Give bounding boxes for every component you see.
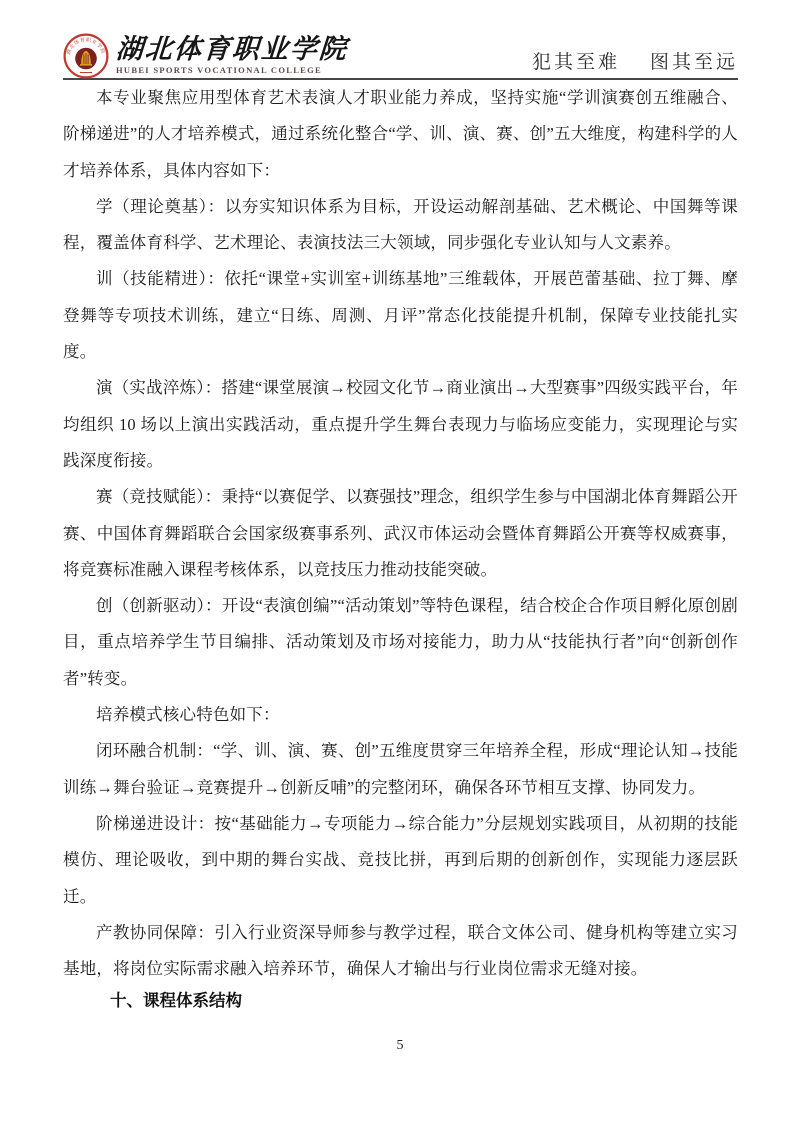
paragraph-xun: 训（技能精进）：依托“课堂+实训室+训练基地”三维载体，开展芭蕾基础、拉丁舞、摩… <box>63 261 738 370</box>
paragraph-yan: 演（实战淬炼）：搭建“课堂展演→校园文化节→商业演出→大型赛事”四级实践平台，年… <box>63 370 738 479</box>
paragraph-chuang: 创（创新驱动）：开设“表演创编”“活动策划”等特色课程，结合校企合作项目孵化原创… <box>63 588 738 697</box>
section-heading-curriculum: 十、课程体系结构 <box>63 987 738 1016</box>
document-body: 本专业聚焦应用型体育艺术表演人才职业能力养成，坚持实施“学训演赛创五维融合、阶梯… <box>63 80 738 1016</box>
paragraph-closed-loop: 闭环融合机制：“学、训、演、赛、创”五维度贯穿三年培养全程，形成“理论认知→技能… <box>63 733 738 806</box>
header-motto: 犯其至难 图其至远 <box>532 47 738 78</box>
college-brand: 湖北体育职业学院 湖北体育职业学院 HUBEI SPORTS VOCATIONA… <box>63 33 348 78</box>
page-header: 湖北体育职业学院 湖北体育职业学院 HUBEI SPORTS VOCATIONA… <box>63 0 738 80</box>
paragraph-ladder-design: 阶梯递进设计：按“基础能力→专项能力→综合能力”分层规划实践项目，从初期的技能模… <box>63 806 738 915</box>
page-number: 5 <box>397 1038 404 1053</box>
college-name-block: 湖北体育职业学院 HUBEI SPORTS VOCATIONAL COLLEGE <box>116 36 348 75</box>
college-name-zh: 湖北体育职业学院 <box>115 36 349 63</box>
paragraph-intro: 本专业聚焦应用型体育艺术表演人才职业能力养成，坚持实施“学训演赛创五维融合、阶梯… <box>63 80 738 189</box>
paragraph-sai: 赛（竞技赋能）：秉持“以赛促学、以赛强技”理念，组织学生参与中国湖北体育舞蹈公开… <box>63 479 738 588</box>
paragraph-features-intro: 培养模式核心特色如下： <box>63 697 738 733</box>
motto-right: 图其至远 <box>650 47 738 74</box>
document-page: 湖北体育职业学院 湖北体育职业学院 HUBEI SPORTS VOCATIONA… <box>0 0 800 1131</box>
college-logo-icon: 湖北体育职业学院 <box>63 33 109 79</box>
paragraph-industry-education: 产教协同保障：引入行业资深导师参与教学过程，联合文体公司、健身机构等建立实习基地… <box>63 915 738 988</box>
college-name-en: HUBEI SPORTS VOCATIONAL COLLEGE <box>116 66 348 75</box>
page-footer: 5 <box>0 1038 800 1054</box>
motto-left: 犯其至难 <box>532 47 620 74</box>
paragraph-xue: 学（理论奠基）：以夯实知识体系为目标，开设运动解剖基础、艺术概论、中国舞等课程，… <box>63 189 738 262</box>
